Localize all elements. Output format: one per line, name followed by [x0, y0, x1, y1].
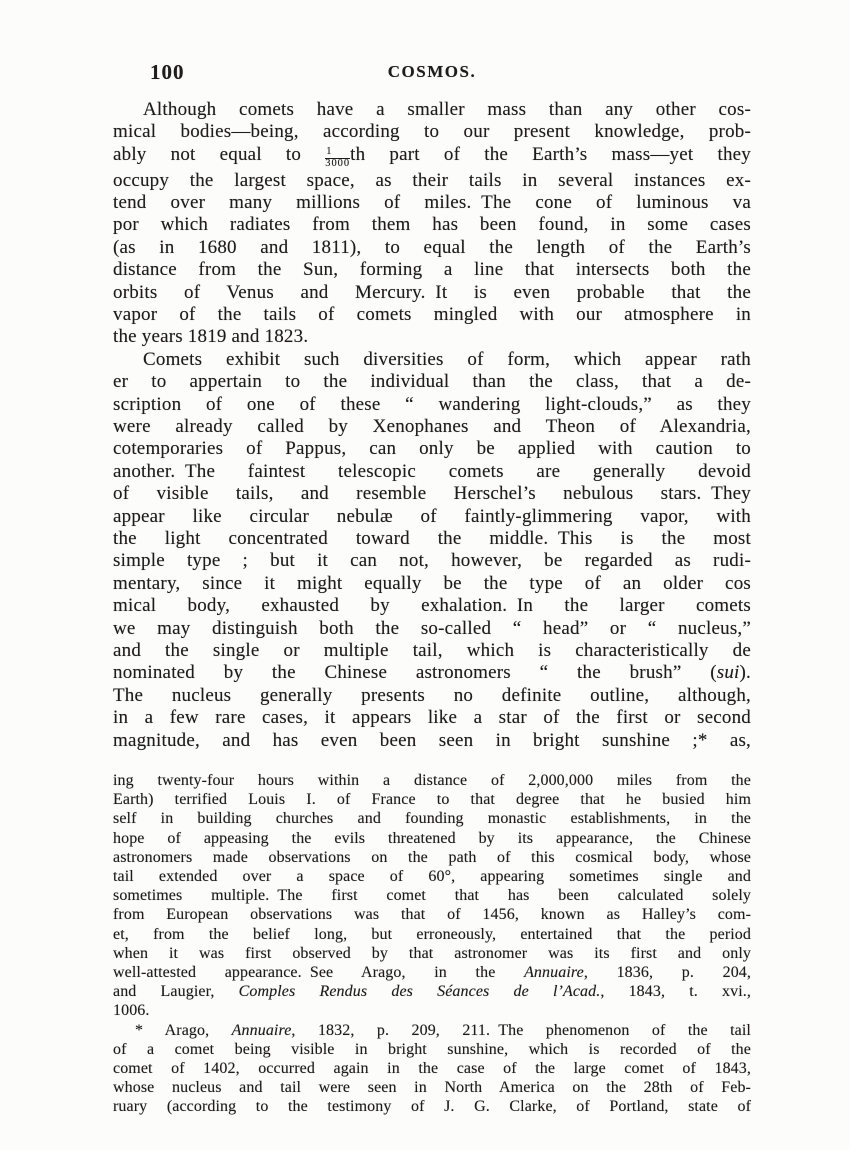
text-line: mical bodies—being, according to our pre…: [113, 121, 751, 143]
text-line: we may distinguish both the so-called “ …: [113, 618, 751, 640]
text-run: the years 1819 and 1823.: [113, 326, 308, 347]
text-line: from European observations was that of 1…: [113, 905, 751, 924]
text-run: Earth) terrified Louis I. of France to t…: [113, 791, 751, 808]
text-line: of visible tails, and resemble Herschel’…: [113, 483, 751, 505]
book-page: 100 COSMOS. Although comets have a small…: [0, 0, 850, 1150]
text-line: and the single or multiple tail, which i…: [113, 640, 751, 662]
text-line: magnitude, and has even been seen in bri…: [113, 730, 751, 752]
text-run: , 1843, t. xvi.,: [600, 983, 751, 1000]
text-run: we may distinguish both the so-called “ …: [113, 618, 751, 639]
text-run: were already called by Xenophanes and Th…: [113, 416, 751, 437]
text-run: por which radiates from them has been fo…: [113, 214, 751, 235]
footnote-section: ing twenty-four hours within a distance …: [113, 771, 751, 1117]
text-run: , 1836, p. 204,: [584, 964, 751, 981]
text-run: tail extended over a space of 60°, appea…: [113, 868, 751, 885]
text-run: Comets exhibit such diversities of form,…: [143, 349, 751, 370]
text-line: appear like circular nebulæ of faintly-g…: [113, 506, 751, 528]
text-line: the light concentrated toward the middle…: [113, 528, 751, 550]
text-run: and Laugier,: [113, 983, 239, 1000]
text-line: * Arago, Annuaire, 1832, p. 209, 211. Th…: [113, 1021, 751, 1040]
fraction: 13000: [325, 147, 350, 170]
text-run: et, from the belief long, but erroneousl…: [113, 926, 751, 943]
text-line: (as in 1680 and 1811), to equal the leng…: [113, 237, 751, 259]
text-run: in a few rare cases, it appears like a s…: [113, 707, 751, 728]
italic-text: Annuaire: [524, 964, 584, 981]
text-run: hope of appeasing the evils threatened b…: [113, 830, 751, 847]
text-line: mical body, exhausted by exhalation. In …: [113, 595, 751, 617]
text-line: orbits of Venus and Mercury. It is even …: [113, 282, 751, 304]
text-run: mical body, exhausted by exhalation. In …: [113, 595, 751, 616]
text-line: distance from the Sun, forming a line th…: [113, 259, 751, 281]
text-run: well-attested appearance. See Arago, in …: [113, 964, 524, 981]
text-run: orbits of Venus and Mercury. It is even …: [113, 282, 751, 303]
text-line: ruary (according to the testimony of J. …: [113, 1097, 751, 1116]
paragraph: * Arago, Annuaire, 1832, p. 209, 211. Th…: [113, 1021, 751, 1117]
text-run: (as in 1680 and 1811), to equal the leng…: [113, 237, 751, 258]
paragraph: Although comets have a smaller mass than…: [113, 99, 751, 349]
text-run: ably not equal to: [113, 144, 325, 165]
text-run: and the single or multiple tail, which i…: [113, 640, 751, 661]
text-run: ).: [740, 662, 751, 683]
text-run: Although comets have a smaller mass than…: [143, 99, 751, 120]
text-run: tend over many millions of miles. The co…: [113, 192, 751, 213]
text-line: when it was first observed by that astro…: [113, 944, 751, 963]
text-line: well-attested appearance. See Arago, in …: [113, 963, 751, 982]
text-line: Comets exhibit such diversities of form,…: [113, 349, 751, 371]
text-run: simple type ; but it can not, however, b…: [113, 550, 751, 571]
text-run: ruary (according to the testimony of J. …: [113, 1098, 751, 1115]
text-run: the light concentrated toward the middle…: [113, 528, 751, 549]
text-run: occupy the largest space, as their tails…: [113, 170, 751, 191]
text-line: The nucleus generally presents no defini…: [113, 685, 751, 707]
text-run: mentary, since it might equally be the t…: [113, 573, 751, 594]
text-line: simple type ; but it can not, however, b…: [113, 550, 751, 572]
text-line: comet of 1402, occurred again in the cas…: [113, 1059, 751, 1078]
text-line: occupy the largest space, as their tails…: [113, 170, 751, 192]
text-line: of a comet being visible in bright sunsh…: [113, 1040, 751, 1059]
text-run: another. The faintest telescopic comets …: [113, 461, 751, 482]
text-run: self in building churches and founding m…: [113, 810, 751, 827]
text-run: of visible tails, and resemble Herschel’…: [113, 483, 751, 504]
text-line: Although comets have a smaller mass than…: [113, 99, 751, 121]
text-line: et, from the belief long, but erroneousl…: [113, 925, 751, 944]
italic-text: sui: [717, 662, 740, 683]
text-run: 1006.: [113, 1002, 150, 1019]
text-line: Earth) terrified Louis I. of France to t…: [113, 790, 751, 809]
text-line: hope of appeasing the evils threatened b…: [113, 829, 751, 848]
text-line: nominated by the Chinese astronomers “ t…: [113, 662, 751, 684]
text-line: tend over many millions of miles. The co…: [113, 192, 751, 214]
text-run: scription of one of these “ wandering li…: [113, 394, 751, 415]
text-line: and Laugier, Comples Rendus des Séances …: [113, 982, 751, 1001]
text-run: vapor of the tails of comets mingled wit…: [113, 304, 751, 325]
text-run: ing twenty-four hours within a distance …: [113, 772, 751, 789]
text-run: nominated by the Chinese astronomers “ t…: [113, 662, 717, 683]
text-run: when it was first observed by that astro…: [113, 945, 751, 962]
text-run: appear like circular nebulæ of faintly-g…: [113, 506, 751, 527]
text-line: por which radiates from them has been fo…: [113, 214, 751, 236]
text-line: the years 1819 and 1823.: [113, 326, 751, 348]
text-run: comet of 1402, occurred again in the cas…: [113, 1060, 751, 1077]
text-line: cotemporaries of Pappus, can only be app…: [113, 438, 751, 460]
running-title: COSMOS.: [113, 62, 751, 82]
text-run: , 1832, p. 209, 211. The phenomenon of t…: [291, 1022, 751, 1039]
italic-text: Comples Rendus des Séances de l’Acad.: [239, 983, 601, 1000]
text-line: in a few rare cases, it appears like a s…: [113, 707, 751, 729]
text-line: self in building churches and founding m…: [113, 809, 751, 828]
text-run: distance from the Sun, forming a line th…: [113, 259, 751, 280]
text-run: cotemporaries of Pappus, can only be app…: [113, 438, 751, 459]
text-line: astronomers made observations on the pat…: [113, 848, 751, 867]
text-run: from European observations was that of 1…: [113, 906, 751, 923]
text-line: tail extended over a space of 60°, appea…: [113, 867, 751, 886]
text-line: vapor of the tails of comets mingled wit…: [113, 304, 751, 326]
text-run: magnitude, and has even been seen in bri…: [113, 730, 751, 751]
text-run: * Arago,: [135, 1022, 232, 1039]
paragraph: ing twenty-four hours within a distance …: [113, 771, 751, 1021]
text-line: mentary, since it might equally be the t…: [113, 573, 751, 595]
main-body-text: Although comets have a smaller mass than…: [113, 99, 751, 752]
text-line: 1006.: [113, 1001, 751, 1020]
text-line: another. The faintest telescopic comets …: [113, 461, 751, 483]
italic-text: Annuaire: [232, 1022, 292, 1039]
text-line: ably not equal to 13000th part of the Ea…: [113, 144, 751, 170]
text-run: The nucleus generally presents no defini…: [113, 685, 751, 706]
text-run: whose nucleus and tail were seen in Nort…: [113, 1079, 751, 1096]
text-line: scription of one of these “ wandering li…: [113, 394, 751, 416]
text-line: sometimes multiple. The first comet that…: [113, 886, 751, 905]
text-run: er to appertain to the individual than t…: [113, 371, 751, 392]
text-line: er to appertain to the individual than t…: [113, 371, 751, 393]
text-run: mical bodies—being, according to our pre…: [113, 121, 751, 142]
text-line: were already called by Xenophanes and Th…: [113, 416, 751, 438]
text-run: th part of the Earth’s mass—yet they: [350, 144, 751, 165]
text-run: sometimes multiple. The first comet that…: [113, 887, 751, 904]
text-line: ing twenty-four hours within a distance …: [113, 771, 751, 790]
text-line: whose nucleus and tail were seen in Nort…: [113, 1078, 751, 1097]
paragraph: Comets exhibit such diversities of form,…: [113, 349, 751, 752]
text-run: astronomers made observations on the pat…: [113, 849, 751, 866]
text-run: of a comet being visible in bright sunsh…: [113, 1041, 751, 1058]
